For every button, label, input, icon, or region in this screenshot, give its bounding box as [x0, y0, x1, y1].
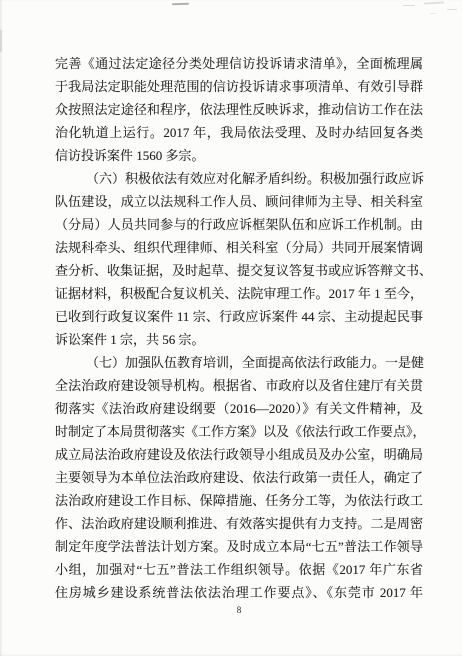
- scan-artifact-speckle: [447, 9, 457, 10]
- document-body: 完善《通过法定途径分类处理信访投诉请求清单》，全面梳理属 于我局法定职能处理范围…: [55, 52, 423, 604]
- scan-artifact-speckle: [430, 13, 436, 14]
- text-line: 全法治政府建设领导机构。根据省、市政府以及省住建厅有关贯: [55, 374, 423, 397]
- text-line: 法规科牵头、组织代理律师、相关科室（分局）共同开展案情调: [55, 236, 423, 259]
- text-line: （六）积极依法有效应对化解矛盾纠纷。积极加强行政应诉: [55, 167, 423, 190]
- text-line: 队伍建设，成立以法规科工作人员、顾问律师为主导、相关科室: [55, 190, 423, 213]
- text-line: 于我局法定职能处理范围的信访投诉请求事项清单、有效引导群: [55, 75, 423, 98]
- text-line: （分局）人员共同参与的行政应诉框架队伍和应诉工作机制。由: [55, 213, 423, 236]
- text-line: 已收到行政复议案件 11 宗、行政应诉案件 44 宗、主动提起民事: [55, 305, 423, 328]
- text-line: 诉讼案件 1 宗，共 56 宗。: [55, 328, 423, 351]
- text-line: 时制定了本局贯彻落实《工作方案》以及《依法行政工作要点》，: [55, 420, 423, 443]
- text-line: 主要领导为本单位法治政府建设、依法行政第一责任人，确定了: [55, 466, 423, 489]
- scan-artifact-speckle: [424, 1, 444, 4]
- page-number: 8: [55, 605, 423, 615]
- text-line: 治化轨道上运行。2017 年，我局依法受理、及时办结回复各类: [55, 121, 423, 144]
- text-line: 彻落实《法治政府建设纲要（2016—2020）》有关文件精神，及: [55, 397, 423, 420]
- text-line: 查分析、收集证据，及时起草、提交复议答复书或应诉答辩文书、: [55, 259, 423, 282]
- scan-artifact-dash: [172, 3, 189, 6]
- text-line: （七）加强队伍教育培训，全面提高依法行政能力。一是健: [55, 351, 423, 374]
- text-line: 制定年度学法普法计划方案。及时成立本局“七五”普法工作领导: [55, 535, 423, 558]
- document-page: 完善《通过法定途径分类处理信访投诉请求清单》，全面梳理属 于我局法定职能处理范围…: [0, 0, 462, 656]
- text-line: 作、法治政府建设顺利推进、有效落实提供有力支持。二是周密: [55, 512, 423, 535]
- text-line: 成立局法治政府建设及依法行政领导小组成员及办公室，明确局: [55, 443, 423, 466]
- text-line: 证据材料，积极配合复议机关、法院审理工作。2017 年 1 至今，: [55, 282, 423, 305]
- text-line: 众按照法定途径和程序，依法理性反映诉求，推动信访工作在法: [55, 98, 423, 121]
- scan-artifact-edge: [0, 30, 2, 52]
- text-line: 小组，加强对“七五”普法工作组织领导。依据《2017 年广东省: [55, 558, 423, 581]
- text-line: 住房城乡建设系统普法依法治理工作要点》、《东莞市 2017 年: [55, 581, 423, 604]
- text-line: 信访投诉案件 1560 多宗。: [55, 144, 423, 167]
- text-line: 法治政府建设工作目标、保障措施、任务分工等，为依法行政工: [55, 489, 423, 512]
- scan-artifact-speckle: [403, 5, 415, 6]
- text-line: 完善《通过法定途径分类处理信访投诉请求清单》，全面梳理属: [55, 52, 423, 75]
